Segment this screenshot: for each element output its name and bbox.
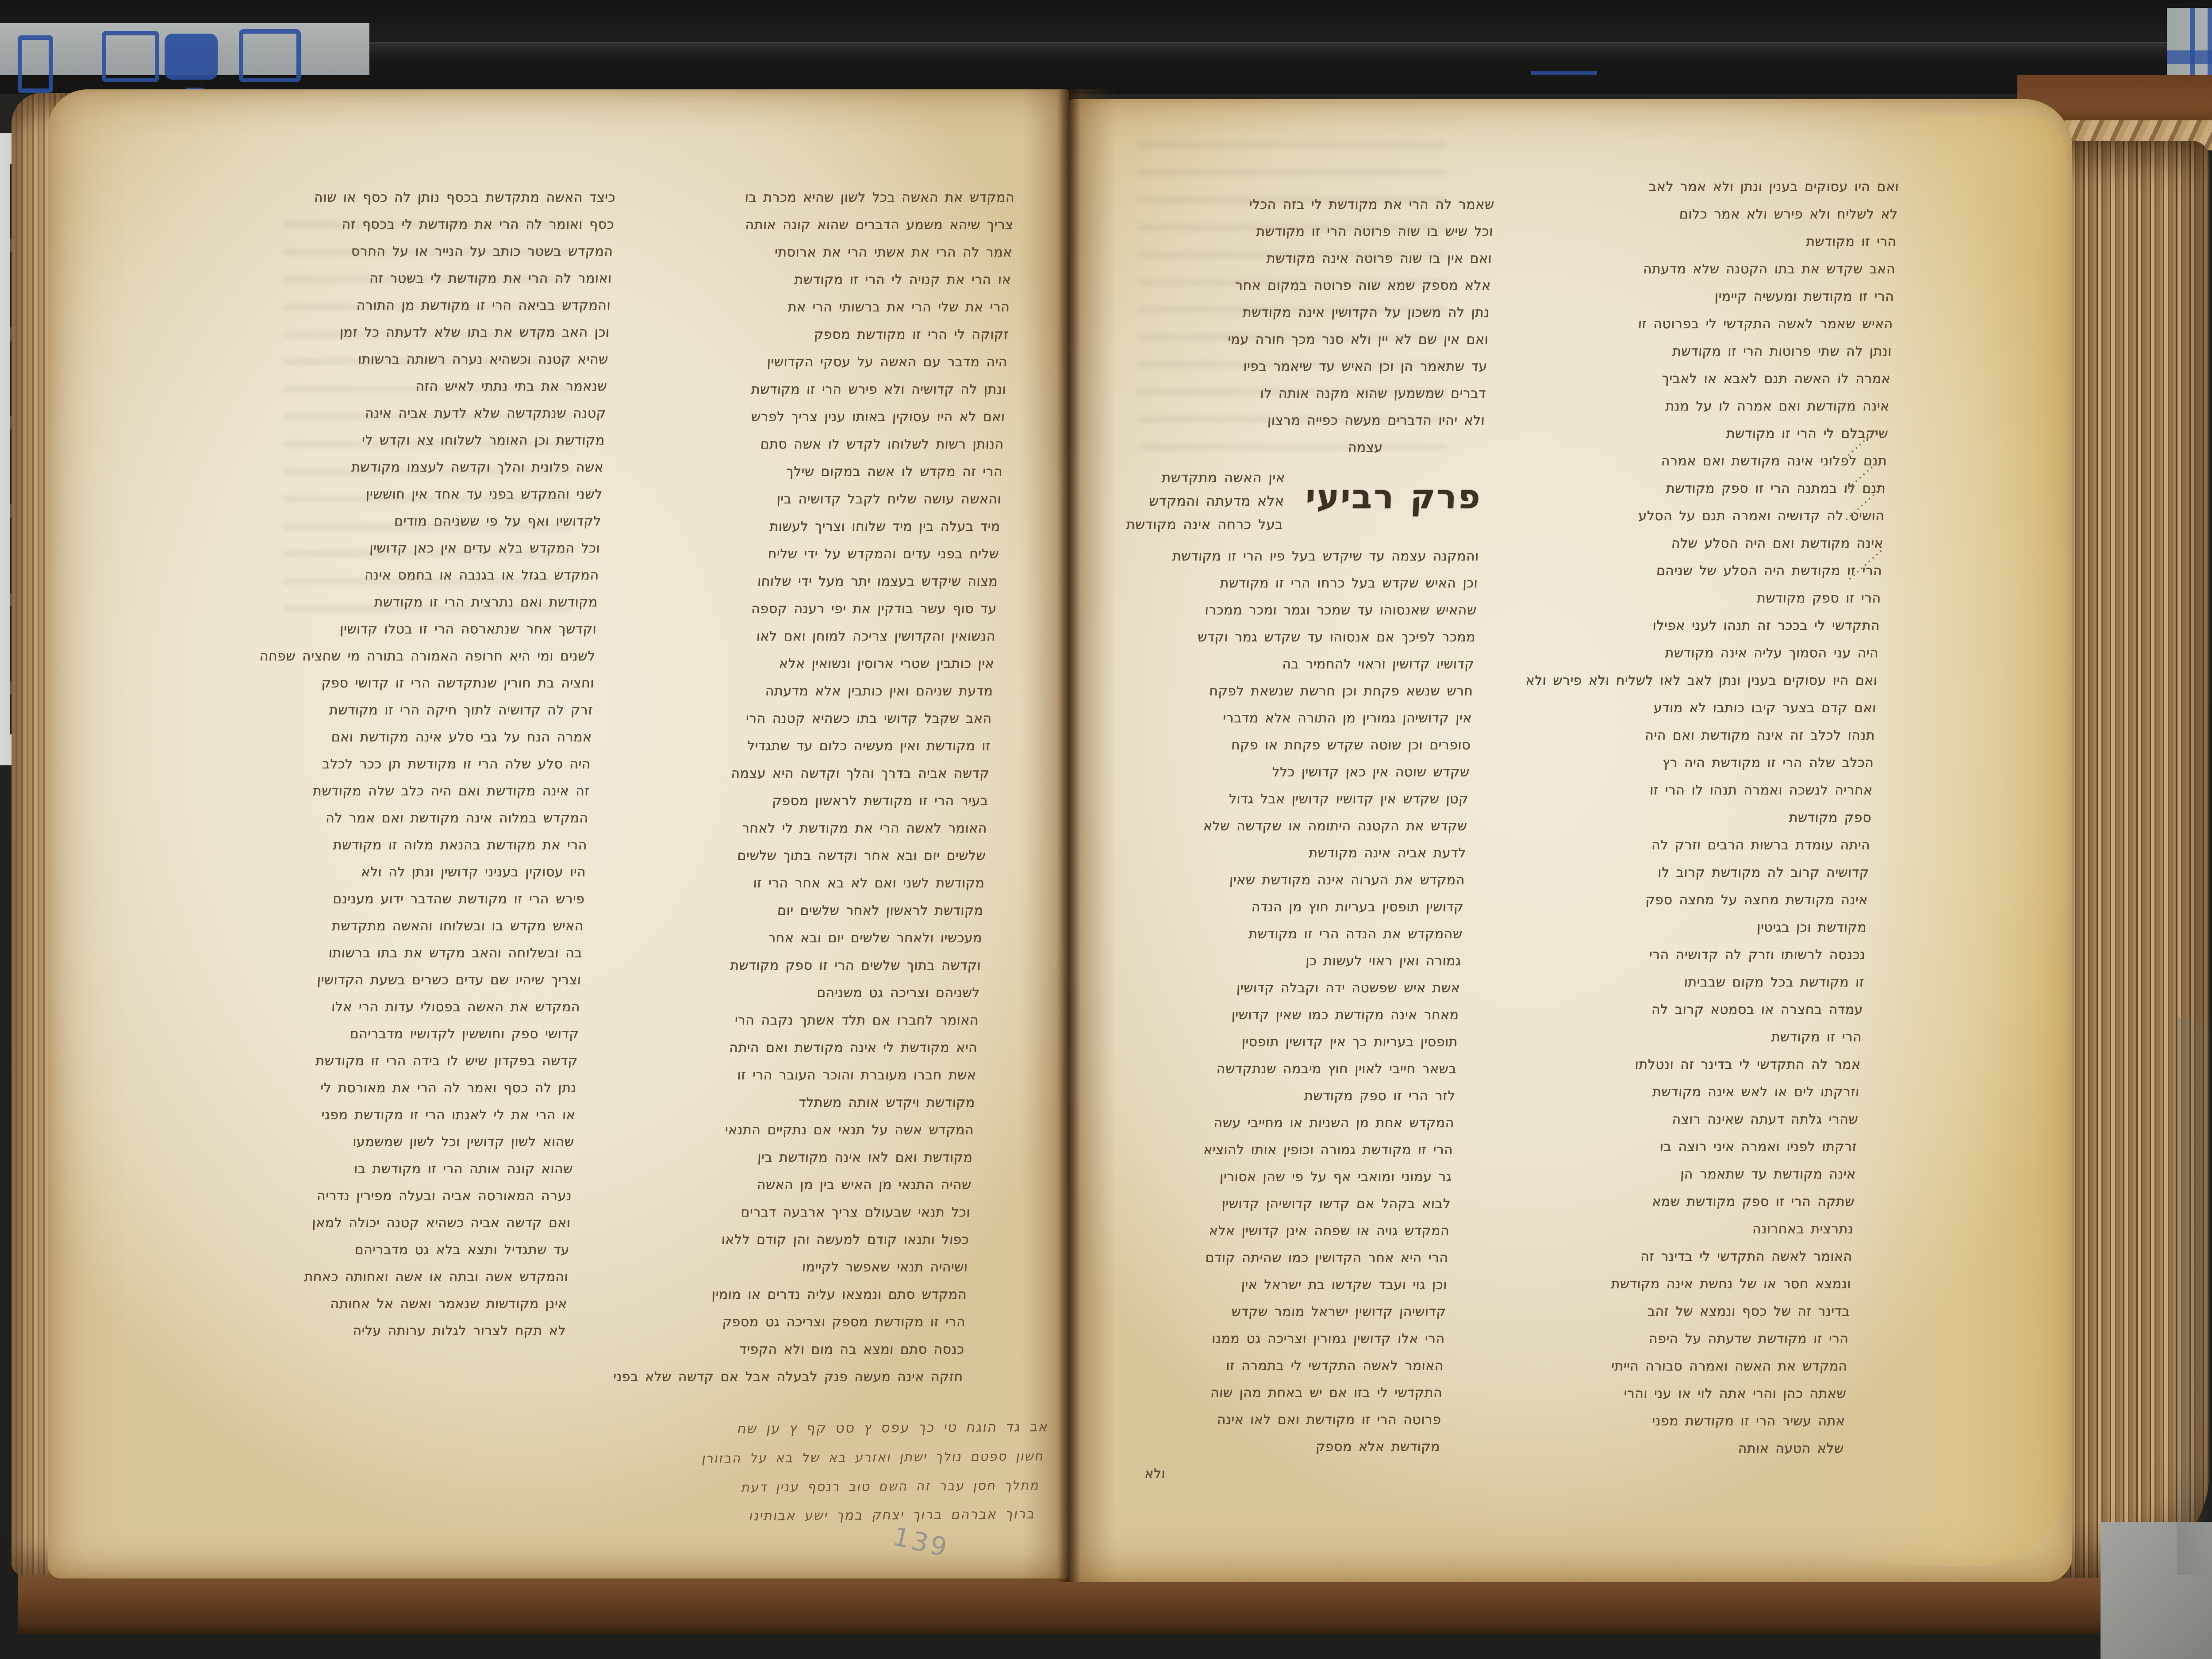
manuscript-line: ואם אין שם לא יין ולא סנר מכך חורה עמי xyxy=(1154,326,1489,353)
manuscript-line: אשת חברו מעוברת והוכר העובר הרי זו xyxy=(629,1062,977,1089)
manuscript-line: המקדש את האשה בפסולי עדות הרי אלו xyxy=(228,994,581,1021)
manuscript-line: צריך שיהא משמע הדברים שהוא קונה אותה xyxy=(666,211,1014,239)
manuscript-line: או הרי את קנויה לי הרי זו מקודשת xyxy=(664,266,1012,294)
manuscript-line: המקדש במלוה אינה מקודשת ואם אמר לה xyxy=(236,805,589,832)
left-page-inner-column: המקדש את האשה בכל לשון שהיא מכרת בוצריך … xyxy=(616,184,1015,1391)
manuscript-line: ואם קדשה אביה כשהיא קטנה יכולה למאן xyxy=(218,1210,571,1237)
manuscript-line: הושיט לה קדושיה ואמרה תנם על הסלע xyxy=(1543,503,1885,530)
manuscript-line: אשה פלונית והלך וקדשה לעצמו מקודשת xyxy=(251,454,604,481)
target-glyph xyxy=(165,34,218,80)
manuscript-line: התקדשי לי בככר זה תנהו לעני אפילו xyxy=(1539,612,1881,640)
manuscript-line: תנם לפלוני אינה מקודשת ואם אמרה xyxy=(1546,448,1888,475)
manuscript-line: חשון ספטם נולך ישתן ואזרע בא של בא על הב… xyxy=(544,1441,1046,1474)
manuscript-line: הרי את מקודשת בהנאת מלוה זו מקודשת xyxy=(235,832,588,859)
chapter-three-end-lines: שאמר לה הרי את מקודשת לי בזה הכליוכל שיש… xyxy=(1150,191,1495,434)
manuscript-line: הרי זה מקדש לו אשה במקום שילך xyxy=(656,458,1003,486)
manuscript-line: לזר הרי זו ספק מקודשת xyxy=(1121,1083,1456,1110)
manuscript-line: אינה מקודשת ואם היה הסלע שלה xyxy=(1542,530,1884,557)
target-glyph xyxy=(18,35,53,93)
manuscript-line: כיצד האשה מתקדשת בכסף נותן לה כסף או שוה xyxy=(263,184,616,211)
manuscript-line: שהמקדש את הנדה הרי זו מקודשת xyxy=(1128,921,1463,948)
manuscript-line: הכלב שלה הרי זו מקודשת היה רץ xyxy=(1532,749,1874,777)
manuscript-line: מצוה שיקדש בעצמו יתר מעל ידי שלוחו xyxy=(651,568,998,595)
chapter-four-body-lines: והמקנה עצמה עד שיקדש בעל פיו הרי זו מקוד… xyxy=(1106,543,1480,1460)
manuscript-line: אלא מספק שמא שוה פרוטה במקום אחר xyxy=(1156,272,1491,299)
manuscript-line: האומר לחברו אם תלד אשתך נקבה הרי xyxy=(632,1007,979,1034)
manuscript-line: וכל המקדש בלא עדים אין כאן קדושין xyxy=(248,535,601,562)
manuscript-line: אין כותבין שטרי ארוסין ונשואין אלא xyxy=(647,650,995,678)
manuscript-line: וקדשה בתוך שלשים הרי זו ספק מקודשת xyxy=(634,952,982,979)
manuscript-line: או הרי את לי לאנתו הרי זו מקודשת מפני xyxy=(223,1102,576,1129)
manuscript-line: זה אינה מקודשת ואם היה כלב שלה מקודשת xyxy=(237,778,590,805)
manuscript-line: עד שתאמר הן וכן האיש עד שיאמר בפיו xyxy=(1152,353,1488,380)
manuscript-line: שליח בפני עדים והמקדש על ידי שליח xyxy=(652,541,1000,568)
gray-table-sliver xyxy=(2177,1018,2212,1575)
manuscript-line: תנם לו במתנה הרי זו ספק מקודשת xyxy=(1544,475,1886,503)
manuscript-line: ואומר לה הרי את מקודשת לי בשטר זה xyxy=(260,265,613,292)
manuscript-line: מקודשת ואם נתרצית הרי זו מקודשת xyxy=(246,589,599,616)
manuscript-line: היה סלע שלה הרי זו מקודשת תן ככר לכלב xyxy=(238,751,591,778)
manuscript-line: תנהו לכלב זה אינה מקודשת ואם היה xyxy=(1534,722,1876,749)
manuscript-line: הרי זו מקודשת xyxy=(1555,228,1897,256)
manuscript-line: המקדש את האשה ואמרה סבורה הייתי xyxy=(1506,1353,1848,1380)
manuscript-line: והמקדש בביאה הרי זו מקודשת מן התורה xyxy=(258,292,611,319)
blue-tick-mark xyxy=(1531,71,1597,75)
manuscript-line: וכל תנאי שבעולם צריך ארבעה דברים xyxy=(623,1199,971,1226)
manuscript-line: אינה מקודשת ואם אמרה לו על מנת xyxy=(1548,393,1890,420)
manuscript-line: הרי זו מקודשת ומעשיה קיימין xyxy=(1553,283,1895,311)
manuscript-line: שקדש שוטה אין כאן קדושין כלל xyxy=(1135,759,1470,786)
manuscript-line: עד סוף עשר בודקין את יפי רענה קספה xyxy=(649,595,997,623)
manuscript-line: שהיה התנאי מן האיש בין מן האשה xyxy=(624,1171,972,1199)
target-glyph xyxy=(102,31,159,82)
manuscript-line: קדושין תופסין בעריות חוץ מן הנדה xyxy=(1129,894,1464,921)
manuscript-line: מתלך חסן עבר זה השם טוב רנסף ענין דעת xyxy=(539,1471,1042,1503)
manuscript-line: היה מדבר עם האשה על עסקי הקדושין xyxy=(661,349,1008,376)
manuscript-line: עמדה בחצרה או בסמטא קרוב לה xyxy=(1522,996,1864,1024)
target-glyph xyxy=(239,29,301,82)
manuscript-line: מקודשת אלא מספק xyxy=(1106,1433,1441,1460)
manuscript-line: סופרים וכן שוטה שקדש פקחת או פקח xyxy=(1136,732,1471,759)
manuscript-line: המקדש את האשה בכל לשון שהיא מכרת בו xyxy=(668,184,1015,211)
manuscript-line: שקדש את הקטנה היתומה או שקדשה שלא xyxy=(1133,813,1468,840)
manuscript-line: נתן לה כסף ואמר לה הרי את מאורסת לי xyxy=(224,1075,577,1102)
catchword: ולא xyxy=(1104,1460,1440,1487)
manuscript-line: מדעת שניהם ואין כותבין אלא מדעתה xyxy=(646,678,994,705)
manuscript-line: וצריך שיהיו שם עדים כשרים בשעת הקדושין xyxy=(229,967,582,994)
manuscript-line: ונמצא חסר או של נחשת אינה מקודשת xyxy=(1510,1271,1852,1298)
manuscript-line: שתקה הרי זו ספק מקודשת שמא xyxy=(1513,1188,1855,1216)
manuscript-line: לשני והמקדש בפני עד אחד אין חוששין xyxy=(250,481,603,508)
manuscript-line: לא לשליח ולא פירש ולא אמר כלום xyxy=(1556,201,1898,228)
manuscript-line: קדושיהן קדושין ישראל מומר שקדש xyxy=(1111,1298,1447,1325)
manuscript-line: אין קדושיהן גמורין מן התורה אלא מדברי xyxy=(1137,705,1473,732)
manuscript-line: וזרקתו לים או לאש אינה מקודשת xyxy=(1518,1079,1860,1106)
manuscript-line: שנאמר את בתי נתתי לאיש הזה xyxy=(255,373,608,400)
manuscript-line: בעל כרחה אינה מקודשת xyxy=(1125,513,1283,537)
manuscript-line: מיד בעלה בין מיד שלוחו וצריך לעשות xyxy=(653,513,1001,541)
chapter-heading-row: פרק רביעי אין האשה מתקדשתאלא מדעתה והמקד… xyxy=(1146,464,1483,537)
manuscript-line: אלא מדעתה והמקדש xyxy=(1127,490,1285,513)
manuscript-line: שאמר לה הרי את מקודשת לי בזה הכלי xyxy=(1160,191,1495,218)
manuscript-line: המקדש אחת מן השניות או מחייבי עשה xyxy=(1120,1110,1455,1137)
stand-base-black xyxy=(0,1601,2212,1659)
manuscript-line: ואם אין בו שוה פרוטה אינה מקודשת xyxy=(1157,245,1493,272)
manuscript-line: וכן גוי ועבד שקדשו בת ישראל אין xyxy=(1113,1271,1448,1298)
manuscript-line: אינה מקודשת מחצה על מחצה ספק xyxy=(1527,887,1869,914)
manuscript-line: מעכשיו ולאחר שלשים יום ובא אחר xyxy=(635,925,983,952)
manuscript-line: האומר לאשה התקדשי לי בדינר זה xyxy=(1511,1243,1853,1271)
manuscript-line: מקודשת וכן בגיטין xyxy=(1525,914,1867,941)
manuscript-line: תופסין בעריות כך אין קדושין תופסין xyxy=(1123,1029,1459,1056)
manuscript-line: המקדש את הערוה אינה מקודשת שאין xyxy=(1130,867,1466,894)
manuscript-line: הרי זו מקודשת היה הסלע של שניהם xyxy=(1541,557,1883,585)
manuscript-line: קדושי ספק וחוששין לקדושיו מדבריהם xyxy=(227,1021,580,1048)
manuscript-line: כנסה סתם ומצא בה מום ולא הקפיד xyxy=(617,1336,965,1363)
manuscript-line: זו מקודשת בכל מקום שבביתו xyxy=(1523,969,1865,996)
manuscript-line: גר עמוני ומואבי אף על פי שהן אסורין xyxy=(1117,1164,1452,1190)
manuscript-line: נתן לה משכון על הקדושין אינה מקודשת xyxy=(1155,299,1490,326)
manuscript-line: אמרה הנח על גבי סלע אינה מקודשת ואם xyxy=(239,724,592,751)
manuscript-line: המקדש אשה על תנאי אם נתקיים התנאי xyxy=(627,1117,975,1144)
manuscript-line: הרי זו מקודשת גמורה וכופין אותו להוציא xyxy=(1118,1137,1454,1164)
manuscript-line: הרי זו מקודשת שדעתה על היפה xyxy=(1507,1325,1849,1353)
manuscript-line: היה עני הסמוך עליה אינה מקודשת xyxy=(1537,640,1879,667)
gutter-shadow xyxy=(1021,89,1117,1582)
manuscript-line: הרי זו מקודשת xyxy=(1521,1024,1863,1051)
manuscript-line: ממכר לפיכך אם אנסוהו עד שקדש גמר וקדש xyxy=(1141,624,1476,651)
manuscript-line: הרי היא אחר הקדושין כמו שהיתה קודם xyxy=(1114,1244,1449,1271)
manuscript-line: ושיהיה תנאי שאפשר לקיימו xyxy=(621,1254,968,1281)
manuscript-line: האיש שאמר לאשה התקדשי לי בפרוטה זו xyxy=(1551,311,1893,338)
manuscript-line: שהאיש שאנסוהו עד שמכר וגמר ומכר ממכרו xyxy=(1142,597,1477,624)
manuscript-line: המקדש בגזל או בגנבה או בחמס אינה xyxy=(246,562,599,589)
manuscript-line: ונתן לה קדושיה ולא פירש הרי זו מקודשת xyxy=(659,376,1007,403)
manuscript-line: האומר לאשה התקדשי לי בתמרה זו xyxy=(1109,1352,1444,1379)
manuscript-line: ספק מקודשת xyxy=(1530,804,1872,832)
manuscript-line: הנותן רשות לשלוחו לקדש לו אשה סתם xyxy=(657,431,1004,458)
manuscript-line: נתרצית באחרונה xyxy=(1512,1216,1854,1243)
manuscript-line: היו עסוקין בעניני קדושין ונתן לה ולא xyxy=(234,859,587,886)
manuscript-line: שאתה כהן והרי אתה לוי או עני והרי xyxy=(1505,1380,1847,1408)
manuscript-line: לא תקח לצרור לגלות ערותה עליה xyxy=(214,1317,567,1344)
chapter-heading: פרק רביעי xyxy=(1304,464,1483,530)
manuscript-line: מקודשת וכן האומר לשלוחו צא וקדש לי xyxy=(253,427,606,454)
manuscript-line: לבוא בקהל אם קדשו קדושיהן קדושין xyxy=(1116,1190,1452,1217)
manuscript-line: אחריה לנשכה ואמרה תנהו לו הרי זו xyxy=(1531,777,1873,804)
manuscript-line: אתה עשיר הרי זו מקודשת מפני xyxy=(1504,1408,1846,1435)
manuscript-line: בה ובשלוחה והאב מקדש את בתו ברשותו xyxy=(230,940,583,967)
manuscript-line: וכן האב מקדש את בתו שלא לדעתה כל זמן xyxy=(257,319,610,346)
color-target-strip-top-left xyxy=(0,23,369,75)
manuscript-line: והמקדש אשה ובתה או אשה ואחותה כאחת xyxy=(216,1263,569,1290)
manuscript-line: לדעת אביה אינה מקודשת xyxy=(1131,840,1467,867)
manuscript-line: המקדש גויה או שפחה אינן קדושין אלא xyxy=(1115,1217,1450,1244)
manuscript-line: קדשה בפקדון שיש לו בידה הרי זו מקודשת xyxy=(225,1048,578,1075)
manuscript-line: וכל שיש בו שוה פרוטה הרי זו מקודשת xyxy=(1159,218,1494,245)
manuscript-line: אמרה לו האשה תנם לאבא או לאביך xyxy=(1549,365,1891,393)
manuscript-line: וקדשך אחר שנתארסה הרי זו בטלו קדושין xyxy=(244,616,597,643)
manuscript-line: קדושיה קרוב לה מקודשת קרוב לו xyxy=(1528,859,1870,887)
manuscript-line: אמר לה התקדשי לי בדינר זה ונטלתו xyxy=(1519,1051,1861,1079)
manuscript-line: לקדושיו ואף על פי ששניהם מודים xyxy=(249,508,602,535)
manuscript-line: נערה המאורסה אביה ובעלה מפירין נדריה xyxy=(219,1183,572,1210)
manuscript-line: אין האשה מתקדשת xyxy=(1128,466,1286,490)
manuscript-line: היתה עומדת ברשות הרבים וזרק לה xyxy=(1529,832,1871,859)
manuscript-line: מקודשת לשני ואם לא בא אחר הרי זו xyxy=(637,870,985,897)
manuscript-line: המקדש סתם ונמצאו עליה נדרים או מומין xyxy=(620,1281,968,1309)
manuscript-line: שהרי גלתה דעתה שאינה רוצה xyxy=(1517,1106,1859,1133)
manuscript-line: וחציה בת חורין שנתקדשה הרי זו קדושי ספק xyxy=(242,670,595,697)
manuscript-line: שיקבלם לי הרי זו מקודשת xyxy=(1547,420,1889,448)
right-page-outer-column: ואם היו עסוקים בענין ונתן ולא אמר לאבלא … xyxy=(1502,173,1899,1463)
manuscript-line: ואם קדם בצער קיבו כותבו לא מודע xyxy=(1535,695,1877,722)
manuscript-line: מקודשת לראשון לאחר שלשים יום xyxy=(636,897,984,925)
manuscript-line: חרש שנשא פקחת וכן חרשת שנשאת לפקח xyxy=(1138,678,1474,705)
manuscript-line: ואם היו עסוקים בענין ונתן ולא אמר לאב xyxy=(1558,173,1900,201)
manuscript-line: שהיא קטנה וכשהיא נערה רשותה ברשותו xyxy=(256,346,609,373)
manuscript-line: עד שתגדיל ותצא בלא גט מדבריהם xyxy=(217,1237,570,1263)
manuscript-line: כסף ואומר לה הרי את מקודשת לי בכסף זה xyxy=(262,211,615,238)
manuscript-line: דברים שמשמען שהוא מקנה אותה לו xyxy=(1152,380,1487,407)
manuscript-line: הרי אלו קדושין גמורין וצריכה גט ממנו xyxy=(1110,1325,1445,1352)
manuscript-line: מאחר אינה מקודשת כמו שאין קדושין xyxy=(1124,1002,1459,1029)
manuscript-line: שהוא קונה אותה הרי זו מקודשת בו xyxy=(221,1156,574,1183)
manuscript-line: ונתן לה שתי פרוטות הרי זו מקודשת xyxy=(1551,338,1893,365)
manuscript-line: כפול ותנאו קודם למעשה והן קודם ללאו xyxy=(622,1226,970,1254)
manuscript-line: לשניהם וצריכה גט משניהם xyxy=(633,979,980,1007)
manuscript-line: זרק לה קדושיה לתוך חיקה הרי זו מקודשת xyxy=(241,697,594,724)
manuscript-line: אמר לה הרי את אשתי הרי את ארוסתי xyxy=(665,239,1013,266)
manuscript-line: לשנים ומי היא חרופה האמורה בתורה מי שחצי… xyxy=(243,643,596,670)
manuscript-line: האומר לאשה הרי את מקודשת לי לאחר xyxy=(640,815,988,842)
manuscript-line: בשאר חייבי לאוין חוץ מיבמה שנתקדשה xyxy=(1122,1056,1457,1083)
manuscript-line: מקודשת ויקדש אותה משתלד xyxy=(628,1089,976,1117)
manuscript-line: ולא יהיו הדברים מעשה כפייה מרצון xyxy=(1150,407,1486,434)
manuscript-line: קטנה שנתקדשה שלא לדעת אביה אינה xyxy=(253,400,607,427)
manuscript-line: קדשה אביה בדרך והלך וקדשה היא עצמה xyxy=(642,760,990,787)
manuscript-line: היא מקודשת לי אינה מקודשת ואם היתה xyxy=(630,1034,978,1062)
manuscript-line: בעיר הרי זו מקודשת לראשון מספק xyxy=(641,787,989,815)
manuscript-line: והמקנה עצמה עד שיקדש בעל פיו הרי זו מקוד… xyxy=(1144,543,1480,570)
right-page-inner-column: שאמר לה הרי את מקודשת לי בזה הכליוכל שיש… xyxy=(1104,191,1495,1487)
manuscript-line: וכן האיש שקדש בעל כרחו הרי זו מקודשת xyxy=(1143,570,1479,597)
manuscript-line: אשת איש שפשטה ידה וקבלה קדושין xyxy=(1125,975,1461,1002)
manuscript-line: שלא הטעה אותה xyxy=(1502,1435,1844,1463)
manuscript-line: ואם לא היו עסוקין באותו ענין צריך לפרש xyxy=(658,403,1006,431)
manuscript-line: האיש מקדש בו ובשלוחו והאשה מתקדשת xyxy=(231,913,584,940)
manuscript-line: זקוקה לי הרי זו מקודשת מספק xyxy=(661,321,1009,349)
manuscript-line: קטן שקדש אין קדושיו קדושין אבל גדול xyxy=(1134,786,1469,813)
manuscript-line: אב גד הוגח טי כך עפס ץ סט קף ץ ען שח xyxy=(548,1412,1051,1445)
left-page-outer-column: כיצד האשה מתקדשת בכסף נותן לה כסף או שוה… xyxy=(214,184,616,1344)
manuscript-line: ברוך אברהם ברוך יצחק במך ישע אבותינו xyxy=(535,1500,1037,1532)
manuscript-line: אינן מקודשות שנאמר ואשה אל אחותה xyxy=(215,1290,568,1317)
manuscript-line: הרי את שלי הרי את ברשותי הרי את xyxy=(663,294,1010,321)
manuscript-line: האב שקדש את בתו הקטנה שלא מדעתה xyxy=(1554,256,1896,283)
manuscript-line: זרקתו לפניו ואמרה איני רוצה בו xyxy=(1516,1133,1858,1161)
manuscript-line: פירש הרי זו מקודשת שהדבר ידוע מענינם xyxy=(232,886,585,913)
manuscript-line: התקדשי לי בזו אם יש באחת מהן שוה xyxy=(1108,1379,1443,1406)
manuscript-line: הרי זו מקודשת מספק וצריכה גט מספק xyxy=(618,1309,966,1336)
manuscript-photograph: כיצד האשה מתקדשת בכסף נותן לה כסף או שוה… xyxy=(0,0,2212,1659)
manuscript-line: פרוטה הרי זו מקודשת ואם לאו אינה xyxy=(1106,1406,1442,1433)
chapter-opening-lines: אין האשה מתקדשתאלא מדעתה והמקדשבעל כרחה … xyxy=(1125,464,1286,537)
manuscript-line: שלשים יום ובא אחר וקדשה בתוך שלשים xyxy=(639,842,987,870)
manuscript-line: שהוא לשון קדושין וכל לשון שמשמעו xyxy=(222,1129,575,1156)
manuscript-line: חזקה אינה מעשה פנק לבעלה אבל אם קדשה שלא… xyxy=(616,1363,964,1391)
manuscript-line: אינה מקודשת עד שתאמר הן xyxy=(1514,1161,1856,1188)
manuscript-line: האב שקבל קדושי בתו כשהיא קטנה הרי xyxy=(645,705,992,733)
owner-inscriptions-cursive: אב גד הוגח טי כך עפס ץ סט קף ץ ען שחחשון… xyxy=(535,1412,1051,1532)
manuscript-line: זו מקודשת ואין מעשיה כלום עד שתגדיל xyxy=(644,733,991,760)
manuscript-line: המקדש בשטר כותב על הנייר או על החרס xyxy=(261,238,614,265)
chapter-end-word: עצמה xyxy=(1149,434,1484,461)
manuscript-line: מקודשת ואם לאו אינה מקודשת בין xyxy=(626,1144,973,1171)
manuscript-line: הרי זו ספק מקודשת xyxy=(1540,585,1882,612)
manuscript-line: גמורה ואין ראוי לעשות כן xyxy=(1127,948,1462,975)
manuscript-line: בדינר זה של כסף ונמצא של זהב xyxy=(1509,1298,1851,1325)
manuscript-line: הנשואין והקדושין צריכה למוחן ואם לאו xyxy=(649,623,996,650)
manuscript-line: נכנסה לרשותו וזרק לה קדושיה הרי xyxy=(1524,941,1866,969)
manuscript-line: קדושיו קדושין וראוי להחמיר בה xyxy=(1140,651,1475,678)
manuscript-line: והאשה עושה שליח לקבל קדושיה בין xyxy=(654,486,1002,513)
manuscript-line: ואם היו עסוקים בענין ונתן לאב לאו לשליח … xyxy=(1536,667,1878,695)
